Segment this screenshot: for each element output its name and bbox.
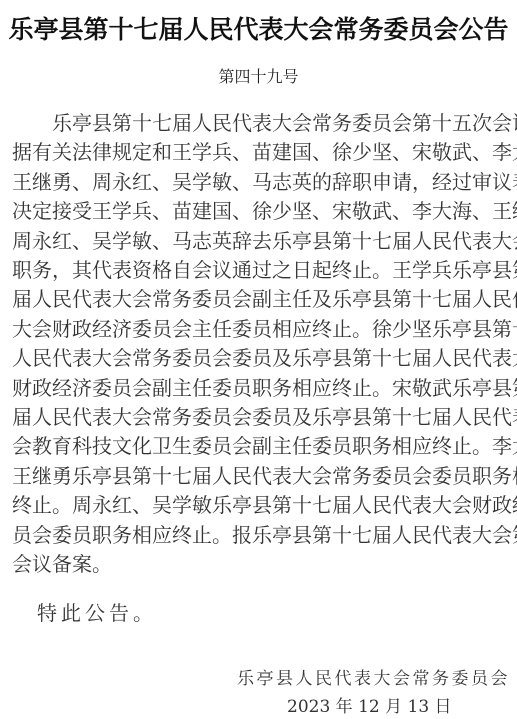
closing-statement: 特此公告。 — [37, 597, 157, 626]
body-line: 据有关法律规定和王学兵、苗建国、徐少坚、宋敬武、李大海、 — [12, 138, 507, 167]
body-line: 会议备案。 — [12, 550, 507, 579]
body-line: 员会委员职务相应终止。报乐亭县第十七届人民代表大会第四次 — [12, 521, 507, 550]
signature-organization: 乐亭县人民代表大会常务委员会 — [237, 664, 510, 689]
notice-number: 第四十九号 — [0, 64, 517, 87]
notice-body: 乐亭县第十七届人民代表大会常务委员会第十五次会议根 据有关法律规定和王学兵、苗建… — [12, 109, 507, 580]
body-line: 决定接受王学兵、苗建国、徐少坚、宋敬武、李大海、王继勇、 — [12, 197, 507, 226]
notice-title: 乐亭县第十七届人民代表大会常务委员会公告 — [0, 10, 517, 46]
body-line: 王继勇乐亭县第十七届人民代表大会常务委员会委员职务相应 — [12, 462, 507, 491]
body-line: 职务，其代表资格自会议通过之日起终止。王学兵乐亭县第十七 — [12, 256, 507, 285]
body-line: 终止。周永红、吴学敏乐亭县第十七届人民代表大会财政经济委 — [12, 491, 507, 520]
body-line: 人民代表大会常务委员会委员及乐亭县第十七届人民代表大会 — [12, 344, 507, 373]
body-line: 届人民代表大会常务委员会副主任及乐亭县第十七届人民代表 — [12, 285, 507, 314]
body-line: 大会财政经济委员会主任委员相应终止。徐少坚乐亭县第十七届 — [12, 315, 507, 344]
body-line: 届人民代表大会常务委员会委员及乐亭县第十七届人民代表大 — [12, 403, 507, 432]
body-line: 王继勇、周永红、吴学敏、马志英的辞职申请，经过审议表决， — [12, 168, 507, 197]
body-line: 乐亭县第十七届人民代表大会常务委员会第十五次会议根 — [12, 109, 507, 138]
signature-date: 2023 年 12 月 13 日 — [287, 692, 452, 717]
body-line: 周永红、吴学敏、马志英辞去乐亭县第十七届人民代表大会代表 — [12, 227, 507, 256]
body-line: 财政经济委员会副主任委员职务相应终止。宋敬武乐亭县第十七 — [12, 374, 507, 403]
body-line: 会教育科技文化卫生委员会副主任委员职务相应终止。李大海、 — [12, 432, 507, 461]
